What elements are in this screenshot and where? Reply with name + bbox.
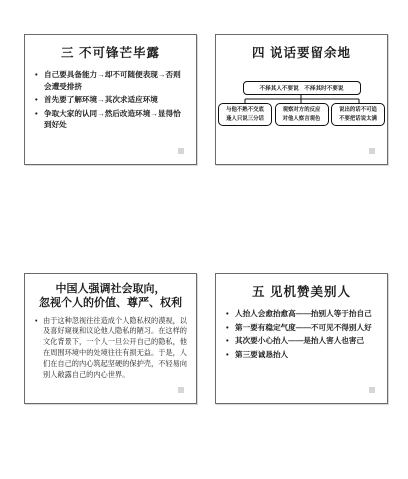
flow-diagram: 不择其人不要说 不择其时不要说 与他不熟不交底 逢人只说三分话 观察对方的反应 … <box>216 81 387 126</box>
slide-page-number <box>178 148 184 154</box>
diagram-children-row: 与他不熟不交底 逢人只说三分话 观察对方的反应 对他人察言观色 说出的话不可追 … <box>216 103 387 126</box>
slide-page-number <box>369 387 375 393</box>
box-line: 观察对方的反应 <box>277 106 327 115</box>
slide-card-2[interactable]: 四 说话要留余地 不择其人不要说 不择其时不要说 与他不熟不交底 逢人只说三分话… <box>215 34 388 165</box>
slide-page-number <box>369 148 375 154</box>
slide-card-4[interactable]: 五 见机赞美别人 人抬人会愈抬愈高——抬别人等于抬自己 第一要有稳定气度——不可… <box>215 273 388 404</box>
box-line: 逢人只说三分话 <box>220 115 270 124</box>
bullet-item: 第三要诚恳抬人 <box>226 349 379 360</box>
slide-page-number <box>178 387 184 393</box>
title-line-1: 中国人强调社会取向， <box>25 282 196 296</box>
slide-title: 中国人强调社会取向， 忽视个人的价值、尊严、权利 <box>25 282 196 311</box>
bullet-item: 首先要了解环境→其次求适应环境 <box>35 94 188 105</box>
bullet-item: 其次要小心抬人——是抬人害人也害己 <box>226 335 379 346</box>
body-paragraph: 由于这种忽视往往造成个人隐私权的漠视，以及喜好窥视和议论他人隐私的陋习。在这样的… <box>35 316 187 381</box>
diagram-child-box: 说出的话不可追 不要把话说太满 <box>331 103 385 126</box>
bullet-item: 争取大家的认同→然后改造环境→显得恰到好处 <box>35 108 188 131</box>
connector-lines <box>216 95 387 103</box>
slide-card-3[interactable]: 中国人强调社会取向， 忽视个人的价值、尊严、权利 由于这种忽视往往造成个人隐私权… <box>24 273 197 404</box>
diagram-child-box: 与他不熟不交底 逢人只说三分话 <box>218 103 272 126</box>
bullet-item: 人抬人会愈抬愈高——抬别人等于抬自己 <box>226 308 379 319</box>
slide-title: 五 见机赞美别人 <box>216 285 387 299</box>
title-line-2: 忽视个人的价值、尊严、权利 <box>25 296 196 310</box>
slide-card-1[interactable]: 三 不可锋芒毕露 自己要具备能力→却不可随便表现→否则会遭受排挤 首先要了解环境… <box>24 34 197 165</box>
box-line: 不要把话说太满 <box>333 115 383 124</box>
box-line: 与他不熟不交底 <box>220 106 270 115</box>
box-line: 对他人察言观色 <box>277 115 327 124</box>
bullet-list: 人抬人会愈抬愈高——抬别人等于抬自己 第一要有稳定气度——不可见不得别人好 其次… <box>226 308 379 360</box>
handout-page: 三 不可锋芒毕露 自己要具备能力→却不可随便表现→否则会遭受排挤 首先要了解环境… <box>0 0 408 479</box>
bullet-list: 自己要具备能力→却不可随便表现→否则会遭受排挤 首先要了解环境→其次求适应环境 … <box>35 69 188 130</box>
slide-title: 三 不可锋芒毕露 <box>25 46 196 60</box>
diagram-root-box: 不择其人不要说 不择其时不要说 <box>243 81 361 95</box>
bullet-item: 第一要有稳定气度——不可见不得别人好 <box>226 322 379 333</box>
diagram-child-box: 观察对方的反应 对他人察言观色 <box>275 103 329 126</box>
slide-title: 四 说话要留余地 <box>216 46 387 60</box>
bullet-item: 自己要具备能力→却不可随便表现→否则会遭受排挤 <box>35 69 188 92</box>
box-line: 说出的话不可追 <box>333 106 383 115</box>
